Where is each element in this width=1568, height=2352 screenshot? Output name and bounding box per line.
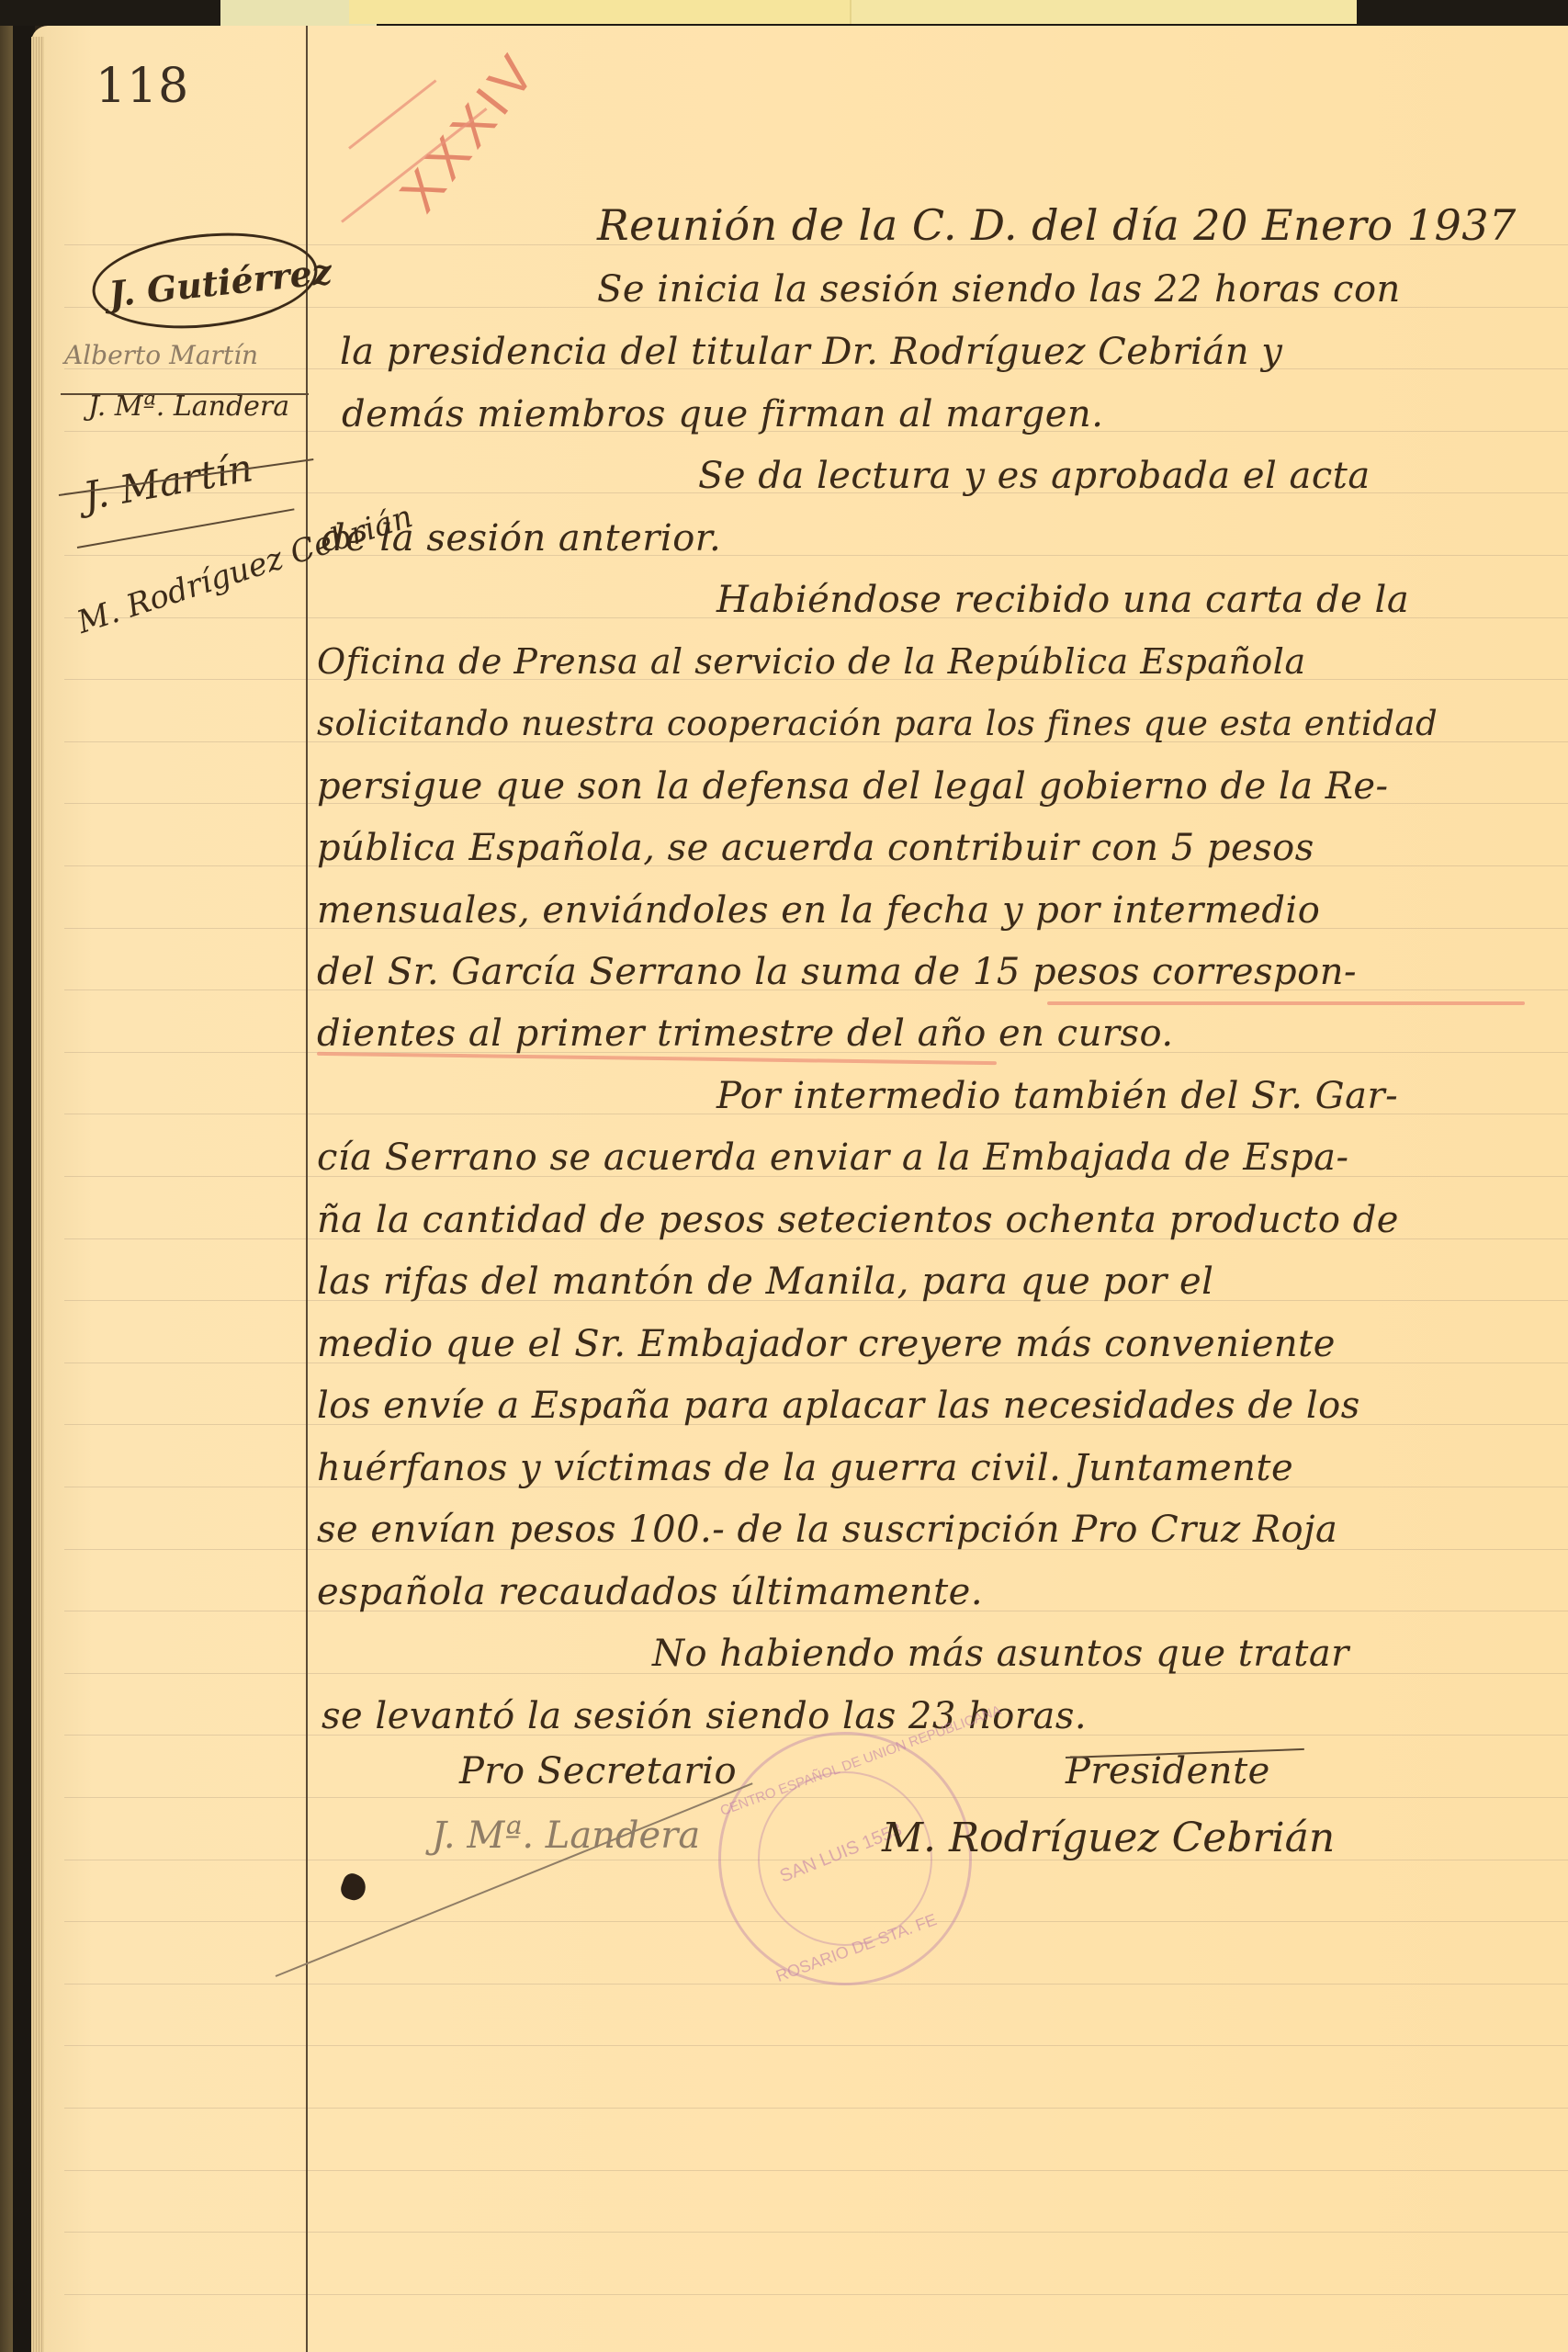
ledger-page: [31, 26, 1568, 2352]
minutes-line: Se inicia la sesión siendo las 22 horas …: [597, 268, 1401, 311]
margin-signature: J. Mª. Landera: [88, 390, 289, 423]
ruled-line: [64, 2108, 1568, 2109]
minutes-line: la presidencia del titular Dr. Rodríguez…: [340, 331, 1282, 373]
minutes-line: española recaudados últimamente.: [317, 1571, 983, 1613]
top-background-strip: [0, 0, 1568, 26]
minutes-line: solicitando nuestra cooperación para los…: [317, 704, 1438, 743]
minutes-line: de la sesión anterior.: [321, 517, 721, 560]
minutes-line: mensuales, enviándoles en la fecha y por…: [317, 889, 1320, 932]
minutes-line: las rifas del mantón de Manila, para que…: [317, 1261, 1213, 1303]
minutes-line: demás miembros que firman al margen.: [342, 393, 1103, 435]
minutes-line: se envían pesos 100.- de la suscripción …: [317, 1509, 1337, 1551]
minutes-line: del Sr. García Serrano la suma de 15 pes…: [317, 951, 1357, 993]
minutes-line: los envíe a España para aplacar las nece…: [317, 1385, 1360, 1427]
secretary-title: Pro Secretario: [459, 1750, 737, 1792]
ruled-line: [64, 2232, 1568, 2233]
page-number: 118: [96, 59, 189, 114]
page-stack-edges: [31, 37, 44, 2352]
president-signature: M. Rodríguez Cebrián: [882, 1815, 1335, 1861]
minutes-heading: Reunión de la C. D. del día 20 Enero 193…: [597, 200, 1517, 250]
margin-rule: [306, 26, 308, 2352]
minutes-line: medio que el Sr. Embajador creyere más c…: [317, 1323, 1336, 1365]
minutes-line: Habiéndose recibido una carta de la: [716, 579, 1409, 621]
minutes-line: huérfanos y víctimas de la guerra civil.…: [317, 1447, 1293, 1489]
background-sheet: [850, 0, 1357, 24]
ruled-line: [64, 2170, 1568, 2171]
minutes-line: dientes al primer trimestre del año en c…: [317, 1012, 1174, 1055]
minutes-line: ña la cantidad de pesos setecientos oche…: [317, 1199, 1399, 1241]
minutes-line: cía Serrano se acuerda enviar a la Embaj…: [317, 1136, 1348, 1179]
margin-signature: Alberto Martín: [64, 340, 258, 370]
minutes-line: Se da lectura y es aprobada el acta: [698, 455, 1371, 497]
signature-underline: [61, 393, 309, 395]
ruled-line: [64, 2045, 1568, 2046]
ruled-line: [64, 1984, 1568, 1984]
ruled-line: [64, 2294, 1568, 2295]
minutes-line: persigue que son la defensa del legal go…: [317, 765, 1389, 808]
minutes-line: Oficina de Prensa al servicio de la Repú…: [317, 641, 1306, 682]
red-pencil-underline: [1047, 1001, 1525, 1005]
minutes-line: No habiendo más asuntos que tratar: [652, 1633, 1349, 1675]
minutes-line: Por intermedio también del Sr. Gar-: [716, 1075, 1398, 1117]
minutes-line: pública Española, se acuerda contribuir …: [317, 827, 1314, 869]
